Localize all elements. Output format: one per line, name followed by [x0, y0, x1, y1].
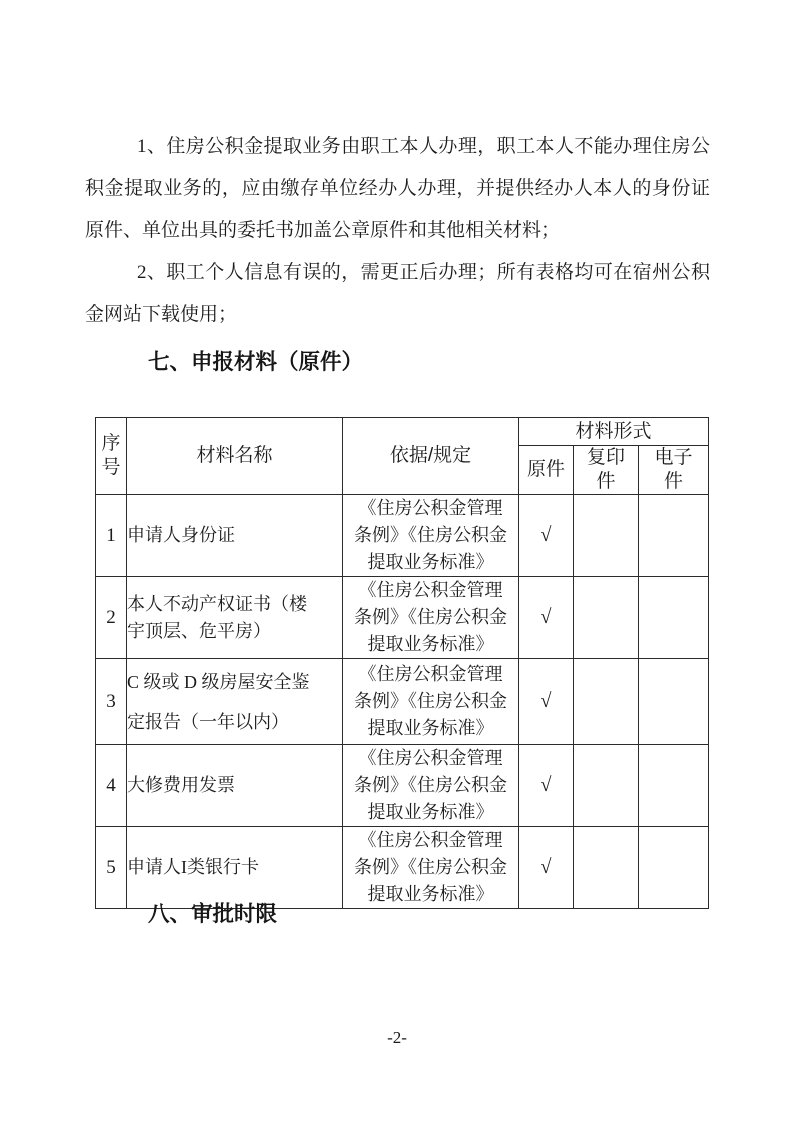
- seq-cell: 3: [96, 659, 127, 745]
- electronic-cell: [639, 745, 709, 827]
- paragraph-line: 原件、单位出具的委托书加盖公章原件和其他相关材料；: [85, 210, 710, 252]
- table-row: 4 大修费用发票 《住房公积金管理 条例》《住房公积金 提取业务标准》 √: [96, 745, 709, 827]
- original-cell: √: [519, 577, 574, 659]
- header-material-form: 材料形式: [519, 418, 709, 446]
- section-heading-approval: 八、审批时限: [148, 900, 277, 928]
- electronic-cell: [639, 659, 709, 745]
- seq-cell: 2: [96, 577, 127, 659]
- paragraph: 1、住房公积金提取业务由职工本人办理，职工本人不能办理住房公 积金提取业务的，应…: [85, 126, 710, 252]
- electronic-cell: [639, 495, 709, 577]
- electronic-cell: [639, 577, 709, 659]
- table-row: 3 C 级或 D 级房屋安全鉴 定报告（一年以内） 《住房公积金管理 条例》《住…: [96, 659, 709, 745]
- paragraph: 2、职工个人信息有误的，需更正后办理；所有表格均可在宿州公积 金网站下载使用；: [85, 252, 710, 336]
- header-original: 原件: [519, 446, 574, 495]
- header-copy: 复印 件: [574, 446, 639, 495]
- copy-cell: [574, 495, 639, 577]
- original-cell: √: [519, 659, 574, 745]
- seq-cell: 1: [96, 495, 127, 577]
- paragraph-line: 1、住房公积金提取业务由职工本人办理，职工本人不能办理住房公: [85, 126, 710, 168]
- table-header-row: 序 号 材料名称 依据/规定 材料形式: [96, 418, 709, 446]
- copy-cell: [574, 827, 639, 909]
- document-page: 1、住房公积金提取业务由职工本人办理，职工本人不能办理住房公 积金提取业务的，应…: [0, 0, 794, 1122]
- paragraph-line: 金网站下载使用；: [85, 294, 710, 336]
- basis-cell: 《住房公积金管理 条例》《住房公积金 提取业务标准》: [343, 827, 519, 909]
- original-cell: √: [519, 495, 574, 577]
- material-name-cell: 申请人I类银行卡: [127, 827, 343, 909]
- table-row: 5 申请人I类银行卡 《住房公积金管理 条例》《住房公积金 提取业务标准》 √: [96, 827, 709, 909]
- paragraph-line: 积金提取业务的，应由缴存单位经办人办理，并提供经办人本人的身份证: [85, 168, 710, 210]
- basis-cell: 《住房公积金管理 条例》《住房公积金 提取业务标准》: [343, 745, 519, 827]
- paragraph-line: 2、职工个人信息有误的，需更正后办理；所有表格均可在宿州公积: [85, 252, 710, 294]
- material-name-cell: C 级或 D 级房屋安全鉴 定报告（一年以内）: [127, 659, 343, 745]
- body-paragraphs: 1、住房公积金提取业务由职工本人办理，职工本人不能办理住房公 积金提取业务的，应…: [85, 126, 710, 336]
- copy-cell: [574, 577, 639, 659]
- material-name-cell: 本人不动产权证书（楼 宇顶层、危平房）: [127, 577, 343, 659]
- original-cell: √: [519, 827, 574, 909]
- table-row: 2 本人不动产权证书（楼 宇顶层、危平房） 《住房公积金管理 条例》《住房公积金…: [96, 577, 709, 659]
- electronic-cell: [639, 827, 709, 909]
- material-name-cell: 申请人身份证: [127, 495, 343, 577]
- section-heading-materials: 七、申报材料（原件）: [148, 348, 363, 376]
- header-basis: 依据/规定: [343, 418, 519, 495]
- basis-cell: 《住房公积金管理 条例》《住房公积金 提取业务标准》: [343, 577, 519, 659]
- page-number: -2-: [0, 1026, 794, 1050]
- basis-cell: 《住房公积金管理 条例》《住房公积金 提取业务标准》: [343, 659, 519, 745]
- seq-cell: 5: [96, 827, 127, 909]
- header-electronic: 电子 件: [639, 446, 709, 495]
- material-name-cell: 大修费用发票: [127, 745, 343, 827]
- header-seq: 序 号: [96, 418, 127, 495]
- materials-table: 序 号 材料名称 依据/规定 材料形式 原件 复印 件 电子 件 1 申请人身份…: [95, 417, 709, 909]
- original-cell: √: [519, 745, 574, 827]
- copy-cell: [574, 659, 639, 745]
- header-material-name: 材料名称: [127, 418, 343, 495]
- table-row: 1 申请人身份证 《住房公积金管理 条例》《住房公积金 提取业务标准》 √: [96, 495, 709, 577]
- seq-cell: 4: [96, 745, 127, 827]
- basis-cell: 《住房公积金管理 条例》《住房公积金 提取业务标准》: [343, 495, 519, 577]
- copy-cell: [574, 745, 639, 827]
